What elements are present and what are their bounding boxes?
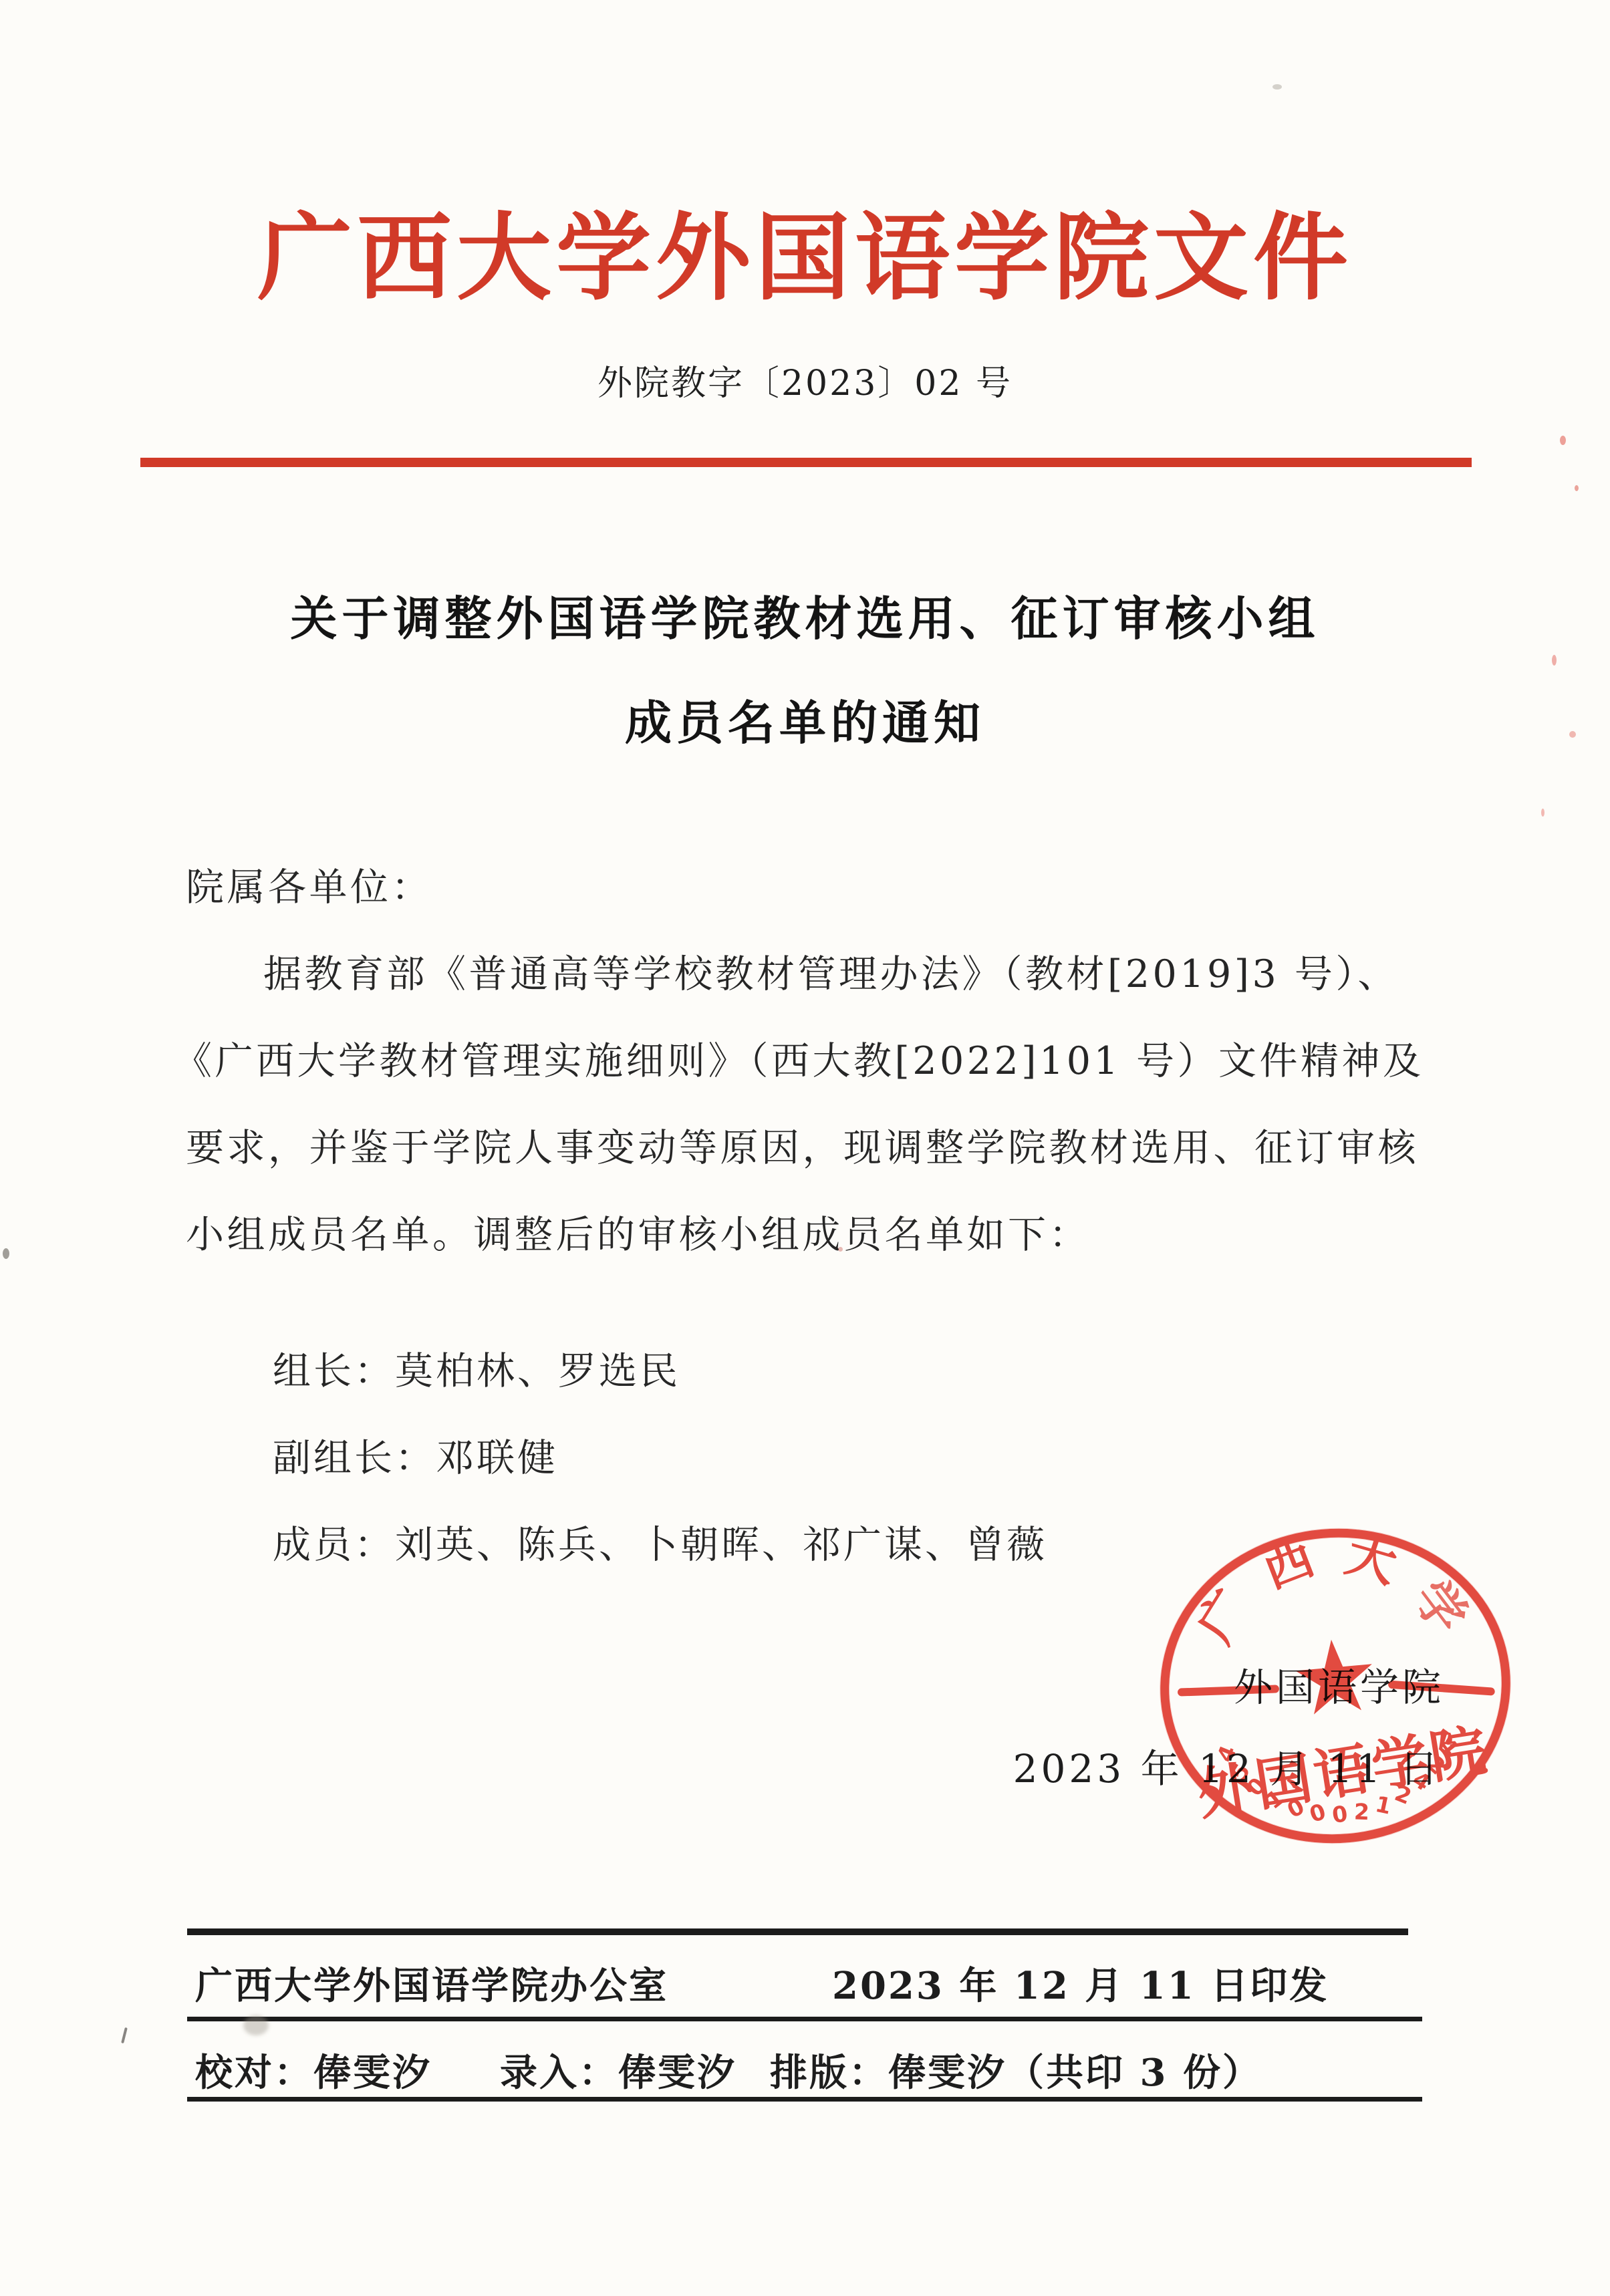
document-page: 广西大学外国语学院文件 外院教字〔2023〕02 号 关于调整外国语学院教材选用… xyxy=(0,0,1610,2296)
scan-artifact xyxy=(1569,731,1576,738)
scan-artifact xyxy=(1575,485,1579,491)
official-stamp: 广西大学 ★ 外国语学院 4501000212424 xyxy=(1148,1514,1524,1858)
footer-rule-top xyxy=(187,1928,1408,1935)
subject-line-2: 成员名单的通知 xyxy=(0,686,1610,753)
roster-label: 成员： xyxy=(273,1523,395,1567)
roster-names: 莫柏林、罗选民 xyxy=(395,1349,680,1393)
scan-artifact xyxy=(1560,436,1566,445)
roster-names: 刘英、陈兵、卜朝晖、祁广谋、曾薇 xyxy=(395,1523,1047,1567)
footer-office: 广西大学外国语学院办公室 xyxy=(195,1957,668,2010)
body-line: 《广西大学教材管理实施细则》（西大教[2022]101 号）文件精神及 xyxy=(174,1030,1424,1085)
star-icon: ★ xyxy=(1285,1624,1383,1731)
body-line: 据教育部《普通高等学校教材管理办法》（教材[2019]3 号）、 xyxy=(263,944,1399,998)
roster-leader: 组长：莫柏林、罗选民 xyxy=(273,1340,680,1395)
red-divider-rule xyxy=(140,458,1472,467)
salutation: 院属各单位： xyxy=(186,857,432,911)
stamp-serial-digit: 2 xyxy=(1354,1800,1370,1823)
letterhead-title: 广西大学外国语学院文件 xyxy=(0,182,1610,318)
body-line: 小组成员名单。调整后的审核小组成员名单如下： xyxy=(186,1204,1090,1259)
footer-typesetter: 排版：俸雯汐（共印 3 份） xyxy=(770,2043,1262,2097)
footer-entry: 录入：俸雯汐 xyxy=(500,2043,736,2097)
scan-artifact xyxy=(1552,655,1557,666)
scan-artifact xyxy=(3,1248,9,1259)
footer-issue-date: 2023 年 12 月 11 日印发 xyxy=(832,1957,1329,2010)
footer-proofreader: 校对：俸雯汐 xyxy=(195,2043,432,2097)
doc-number: 外院教字〔2023〕02 号 xyxy=(0,355,1610,405)
roster-label: 副组长： xyxy=(273,1436,436,1480)
stamp-serial-digit: 0 xyxy=(1331,1802,1349,1826)
roster-label: 组长： xyxy=(273,1349,395,1393)
subject-line-1: 关于调整外国语学院教材选用、征订审核小组 xyxy=(0,581,1610,649)
scan-artifact xyxy=(243,2015,269,2035)
roster-names: 邓联健 xyxy=(436,1436,558,1480)
footer-rule-bottom xyxy=(187,2097,1422,2102)
scan-artifact xyxy=(1541,809,1545,817)
roster-deputy: 副组长：邓联健 xyxy=(273,1427,558,1482)
body-line: 要求，并鉴于学院人事变动等原因，现调整学院教材选用、征订审核 xyxy=(186,1117,1419,1172)
scan-artifact xyxy=(121,2027,128,2043)
roster-members: 成员：刘英、陈兵、卜朝晖、祁广谋、曾薇 xyxy=(273,1514,1047,1569)
footer-rule-middle xyxy=(187,2017,1422,2021)
scan-artifact xyxy=(838,1247,843,1252)
scan-artifact xyxy=(1272,84,1282,90)
